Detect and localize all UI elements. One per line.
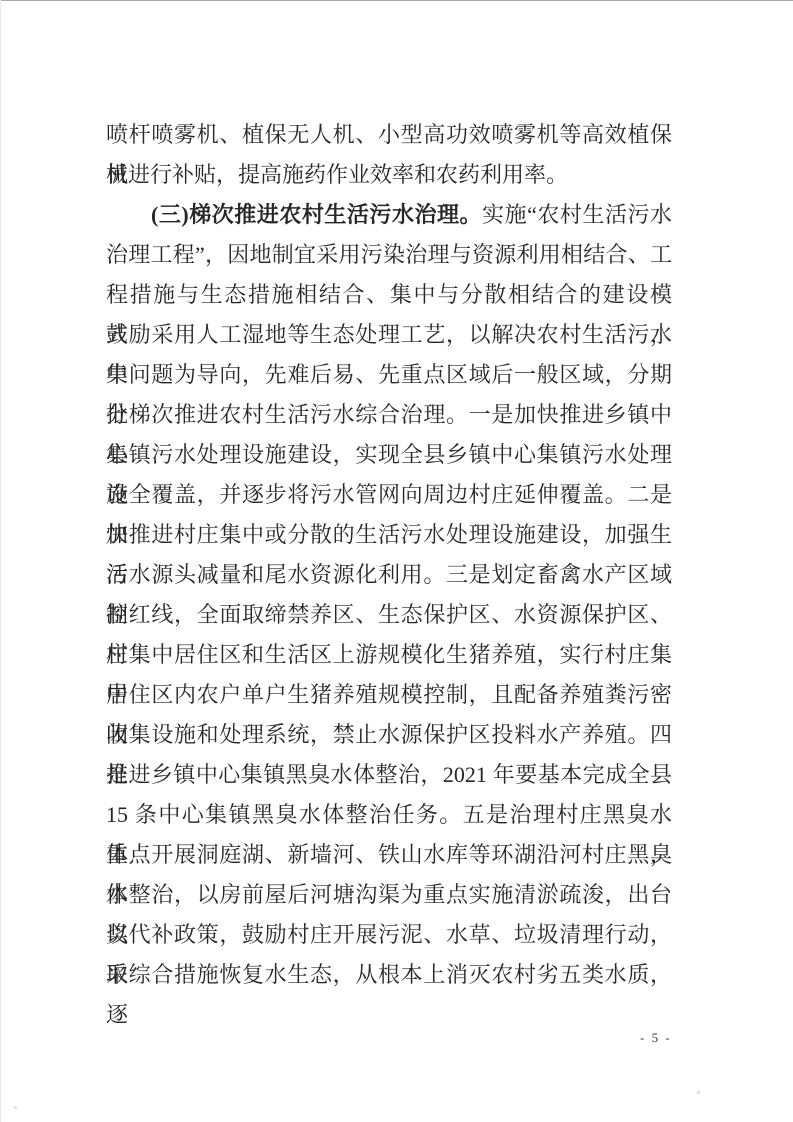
text-line: 推进乡镇中心集镇黑臭水体整治，2021 年要基本完成全县 [106,755,672,795]
page-number: - 5 - [640,1030,672,1046]
document-body: 喷杆喷雾机、植保无人机、小型高功效喷雾机等高效植保机械进行补贴，提高施药作业效率… [106,115,672,995]
body-text-segment: 械进行补贴，提高施药作业效率和农药利用率。 [106,162,568,187]
text-line: 集镇污水处理设施建设，实现全县乡镇中心集镇污水处理设 [106,435,672,475]
text-line: 庄集中居住区和生活区上游规模化生猪养殖，实行村庄集中 [106,635,672,675]
text-line: 程措施与生态措施相结合、集中与分散相结合的建设模式， [106,275,672,315]
scan-speck [697,1091,700,1094]
document-page: 喷杆喷雾机、植保无人机、小型高功效喷雾机等高效植保机械进行补贴，提高施药作业效率… [0,0,793,1122]
text-line: 15 条中心集镇黑臭水体整治任务。五是治理村庄黑臭水体， [106,795,672,835]
text-line: 施全覆盖，并逐步将污水管网向周边村庄延伸覆盖。二是加 [106,475,672,515]
text-line: 体整治，以房前屋后河塘沟渠为重点实施清淤疏浚，出台以 [106,875,672,915]
body-text-segment: 取综合措施恢复水生态，从根本上消灭农村劣五类水质，逐 [106,962,672,1027]
text-line: 鼓励采用人工湿地等生态处理工艺，以解决农村生活污水集 [106,315,672,355]
text-line: 快推进村庄集中或分散的生活污水处理设施建设，加强生活 [106,515,672,555]
scan-edge-left-artifact [0,0,1,1122]
text-line: 批梯次推进农村生活污水综合治理。一是加快推进乡镇中心 [106,395,672,435]
text-line: 重点开展洞庭湖、新墙河、铁山水库等环湖沿河村庄黑臭水 [106,835,672,875]
text-line: 械进行补贴，提高施药作业效率和农药利用率。 [106,155,672,195]
text-line: 奖代补政策，鼓励村庄开展污泥、水草、垃圾清理行动，采 [106,915,672,955]
body-text-segment: 实施“农村生活污水 [482,202,672,227]
section-heading: (三)梯次推进农村生活污水治理。 [151,202,482,227]
body-text-segment: 推进乡镇中心集镇黑臭水体整治，2021 年要基本完成全县 [106,762,672,787]
text-line: 制红线，全面取缔禁养区、生态保护区、水资源保护区、村 [106,595,672,635]
scan-edge-top-artifact [0,0,793,1]
text-line: 中问题为导向，先难后易、先重点区域后一般区域，分期分 [106,355,672,395]
scan-speck [14,1106,17,1109]
text-line: 取综合措施恢复水生态，从根本上消灭农村劣五类水质，逐 [106,955,672,995]
text-line: 收集设施和处理系统，禁止水源保护区投料水产养殖。四是 [106,715,672,755]
text-line: (三)梯次推进农村生活污水治理。实施“农村生活污水 [106,195,672,235]
text-line: 污水源头减量和尾水资源化利用。三是划定畜禽水产区域控 [106,555,672,595]
body-text-segment: 治理工程”，因地制宜采用污染治理与资源利用相结合、工 [106,242,672,267]
text-line: 治理工程”，因地制宜采用污染治理与资源利用相结合、工 [106,235,672,275]
text-line: 喷杆喷雾机、植保无人机、小型高功效喷雾机等高效植保机 [106,115,672,155]
text-line: 居住区内农户单户生猪养殖规模控制，且配备养殖粪污密闭 [106,675,672,715]
